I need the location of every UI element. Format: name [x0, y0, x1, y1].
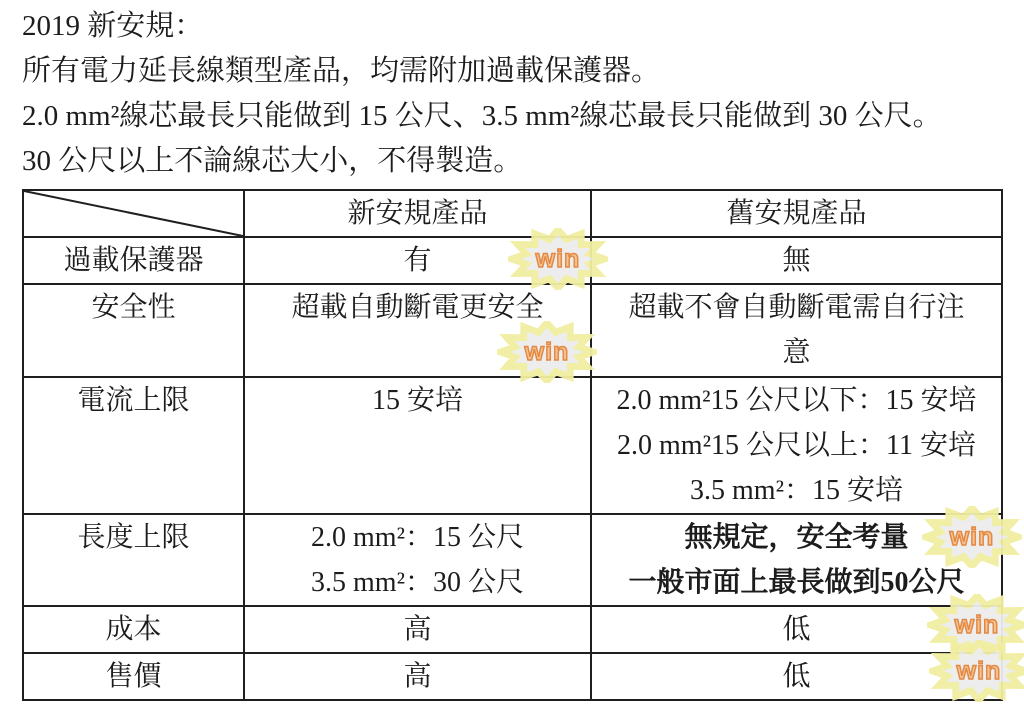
row-label: 長度上限 — [23, 514, 244, 606]
column-header-old-standard: 舊安規產品 — [591, 190, 1002, 237]
heading-line-4: 30 公尺以上不論線芯大小，不得製造。 — [22, 139, 1012, 184]
cell-old: 超載不會自動斷電需自行注 意 — [591, 284, 1002, 377]
cell-line: 意 — [594, 330, 999, 375]
cell-new: 高 — [244, 653, 591, 700]
row-label: 成本 — [23, 606, 244, 653]
cell-line: 無規定，安全考量 — [594, 515, 999, 560]
cell-new: 有 — [244, 237, 591, 284]
cell-old: 低 — [591, 653, 1002, 700]
table-row-price: 售價 高 低 — [23, 653, 1002, 700]
document-page: 2019 新安規： 所有電力延長線類型產品，均需附加過載保護器。 2.0 mm²… — [0, 0, 1024, 717]
comparison-table: 新安規產品 舊安規產品 過載保護器 有 無 安全性 超載自動斷電更安全 超載不會… — [22, 189, 1003, 701]
cell-line: 2.0 mm²15 公尺以下：15 安培 — [594, 378, 999, 423]
cell-new: 15 安培 — [244, 377, 591, 514]
cell-line: 3.5 mm²：15 安培 — [594, 468, 999, 513]
row-label: 電流上限 — [23, 377, 244, 514]
row-label: 安全性 — [23, 284, 244, 377]
cell-old: 無 — [591, 237, 1002, 284]
table-row-current-limit: 電流上限 15 安培 2.0 mm²15 公尺以下：15 安培 2.0 mm²1… — [23, 377, 1002, 514]
table-row-overload-protector: 過載保護器 有 無 — [23, 237, 1002, 284]
table-row-safety: 安全性 超載自動斷電更安全 超載不會自動斷電需自行注 意 — [23, 284, 1002, 377]
table-header-row: 新安規產品 舊安規產品 — [23, 190, 1002, 237]
cell-new: 2.0 mm²：15 公尺 3.5 mm²：30 公尺 — [244, 514, 591, 606]
cell-new: 超載自動斷電更安全 — [244, 284, 591, 377]
cell-line: 一般市面上最長做到50公尺 — [594, 560, 999, 605]
diagonal-slash-icon — [24, 191, 243, 236]
cell-line: 2.0 mm²：15 公尺 — [247, 515, 588, 560]
heading-paragraph: 2019 新安規： 所有電力延長線類型產品，均需附加過載保護器。 2.0 mm²… — [22, 4, 1012, 184]
row-label: 過載保護器 — [23, 237, 244, 284]
cell-old: 無規定，安全考量 一般市面上最長做到50公尺 — [591, 514, 1002, 606]
cell-old: 2.0 mm²15 公尺以下：15 安培 2.0 mm²15 公尺以上：11 安… — [591, 377, 1002, 514]
heading-line-3: 2.0 mm²線芯最長只能做到 15 公尺、3.5 mm²線芯最長只能做到 30… — [22, 94, 1012, 139]
cell-line: 2.0 mm²15 公尺以上：11 安培 — [594, 423, 999, 468]
cell-line: 3.5 mm²：30 公尺 — [247, 560, 588, 605]
heading-line-1: 2019 新安規： — [22, 4, 1012, 49]
row-label: 售價 — [23, 653, 244, 700]
table-row-length-limit: 長度上限 2.0 mm²：15 公尺 3.5 mm²：30 公尺 無規定，安全考… — [23, 514, 1002, 606]
heading-line-2: 所有電力延長線類型產品，均需附加過載保護器。 — [22, 49, 1012, 94]
table-corner-cell — [23, 190, 244, 237]
table-row-cost: 成本 高 低 — [23, 606, 1002, 653]
column-header-new-standard: 新安規產品 — [244, 190, 591, 237]
cell-new: 高 — [244, 606, 591, 653]
cell-old: 低 — [591, 606, 1002, 653]
cell-line: 超載不會自動斷電需自行注 — [594, 285, 999, 330]
